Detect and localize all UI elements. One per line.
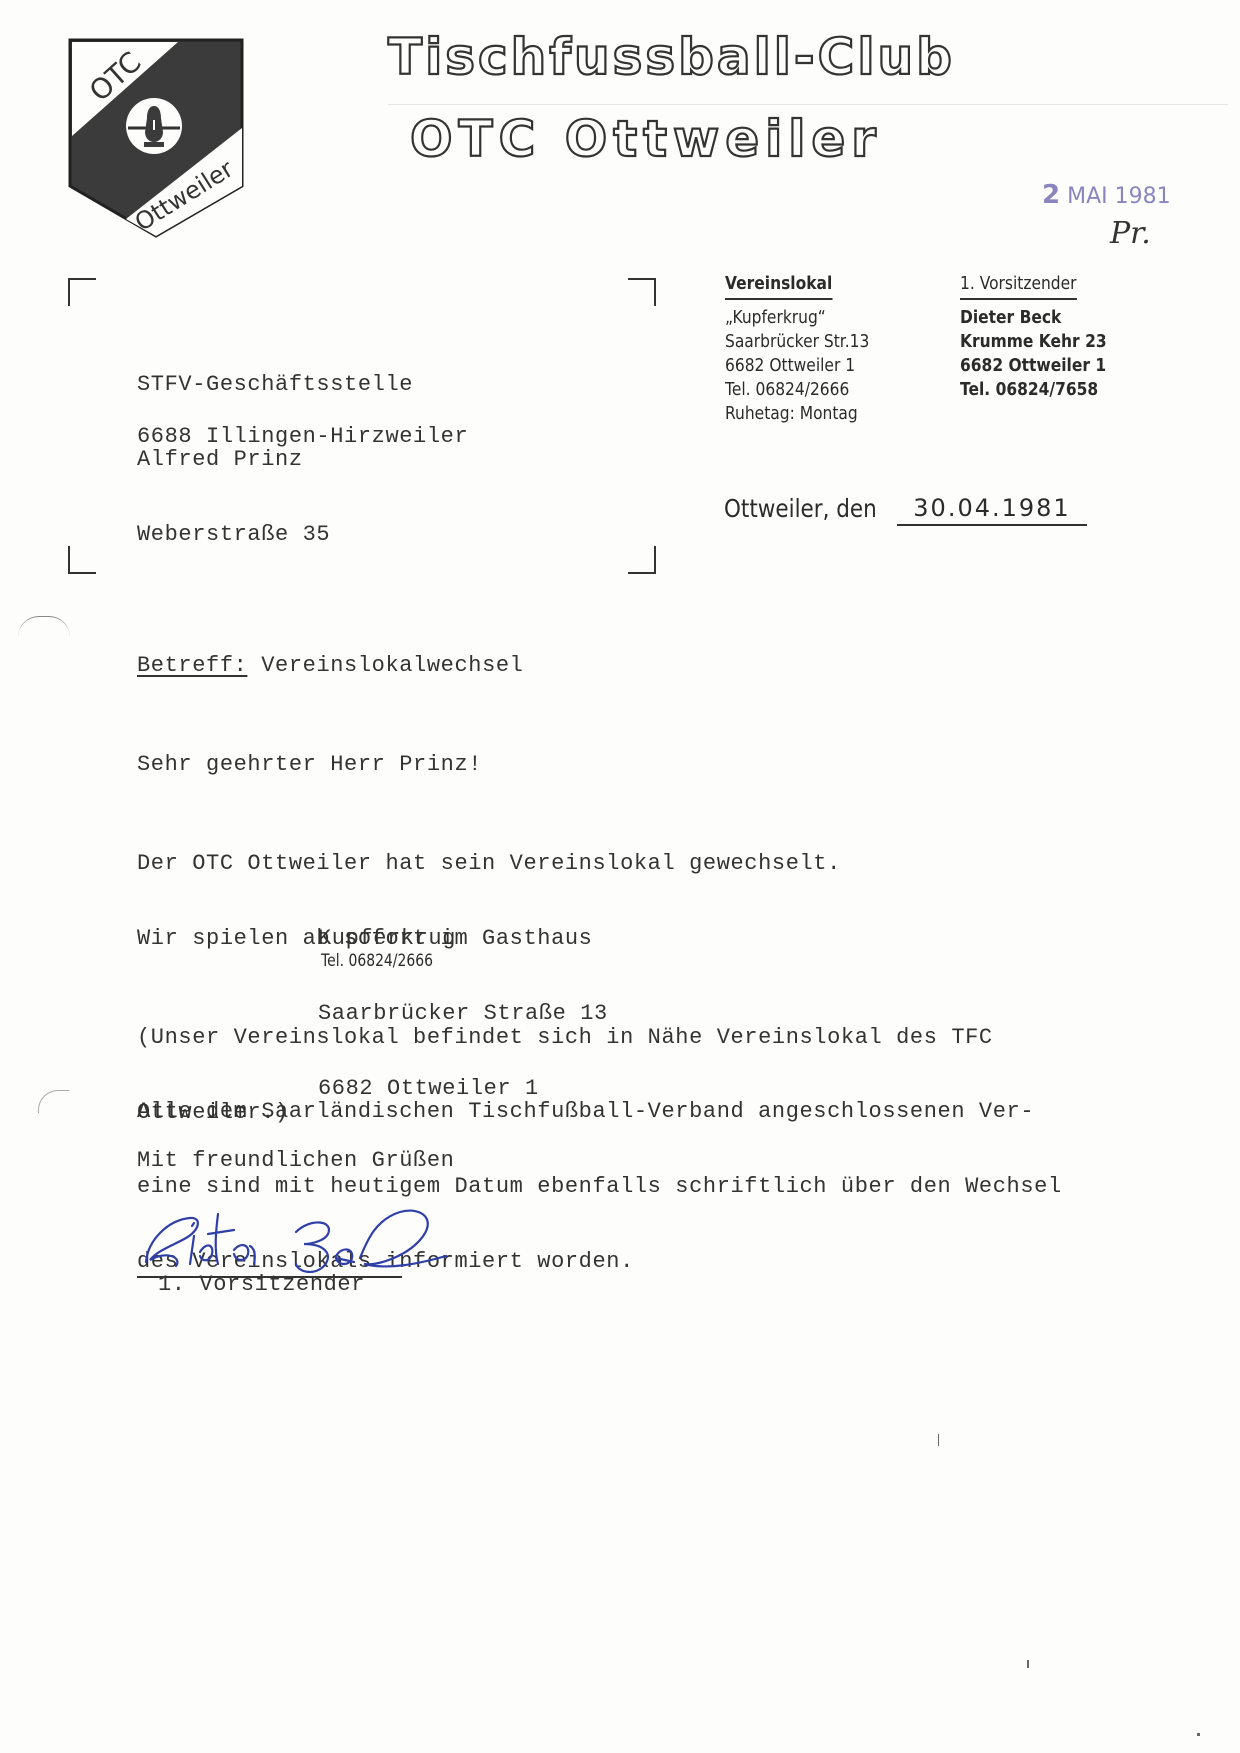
chair-info-line: Dieter Beck — [960, 306, 1107, 330]
body-line: (Unser Vereinslokal befindet sich in Näh… — [137, 1025, 993, 1050]
stamp-month-year: MAI 1981 — [1067, 184, 1171, 209]
window-corner-top-left — [68, 278, 96, 306]
fold-mark — [18, 616, 70, 637]
window-corner-bottom-left — [68, 546, 96, 574]
chair-info-line: 6682 Ottweiler 1 — [960, 354, 1107, 378]
letter-date: 30.04.1981 — [897, 494, 1087, 526]
subject-line: Betreff: Vereinslokalwechsel — [137, 653, 523, 678]
dateline-label: Ottweiler, den — [724, 494, 877, 523]
letterhead-rule — [388, 104, 1228, 105]
window-corner-bottom-right — [628, 546, 656, 574]
body-line: Alle dem Saarländischen Tischfußball-Ver… — [137, 1099, 1062, 1124]
signatory-title: 1. Vorsitzender — [158, 1272, 365, 1297]
venue-info-line: Saarbrücker Str.13 — [725, 330, 869, 354]
venue-info-line: 6682 Ottweiler 1 — [725, 354, 869, 378]
chair-info: 1. Vorsitzender Dieter Beck Krumme Kehr … — [960, 272, 1107, 402]
chair-info-heading: 1. Vorsitzender — [960, 272, 1077, 300]
recipient-line: Weberstraße 35 — [137, 522, 413, 547]
closing: Mit freundlichen Grüßen — [137, 1148, 454, 1173]
window-corner-top-right — [628, 278, 656, 306]
subject-label: Betreff: — [137, 653, 247, 678]
venue-info-heading: Vereinslokal — [725, 272, 832, 300]
club-logo: OTC Ottweiler — [66, 36, 246, 241]
letterhead-title-line2: OTC Ottweiler — [410, 110, 882, 168]
chair-info-line: Tel. 06824/7658 — [960, 378, 1107, 402]
venue-telephone: Tel. 06824/2666 — [321, 951, 433, 971]
table-football-player-icon — [126, 98, 182, 154]
venue-address-line: Kupferkrug — [318, 926, 608, 951]
body-line: eine sind mit heutigem Datum ebenfalls s… — [137, 1174, 1062, 1199]
body-line: Der OTC Ottweiler hat sein Vereinslokal … — [137, 851, 841, 876]
venue-info-line: Tel. 06824/2666 — [725, 378, 869, 402]
venue-info-line: Ruhetag: Montag — [725, 402, 869, 426]
chair-info-line: Krumme Kehr 23 — [960, 330, 1107, 354]
venue-info-line: „Kupferkrug“ — [725, 306, 869, 330]
letterhead-title-line1: Tischfussball-Club — [388, 28, 955, 86]
punch-mark — [38, 1090, 69, 1113]
handwritten-initials: Pr. — [1110, 216, 1151, 251]
recipient-city: 6688 Illingen-Hirzweiler — [137, 424, 468, 449]
recipient-line: Alfred Prinz — [137, 447, 413, 472]
subject-text: Vereinslokalwechsel — [261, 653, 523, 678]
salutation: Sehr geehrter Herr Prinz! — [137, 752, 482, 777]
recipient-line: STFV-Geschäftsstelle — [137, 372, 413, 397]
received-stamp: 2 MAI 1981 — [1042, 180, 1171, 210]
scan-speck — [1027, 1660, 1029, 1668]
venue-info: Vereinslokal „Kupferkrug“ Saarbrücker St… — [725, 272, 869, 426]
scan-speck — [938, 1434, 939, 1446]
scan-speck — [1197, 1733, 1200, 1736]
stamp-day: 2 — [1042, 180, 1060, 210]
